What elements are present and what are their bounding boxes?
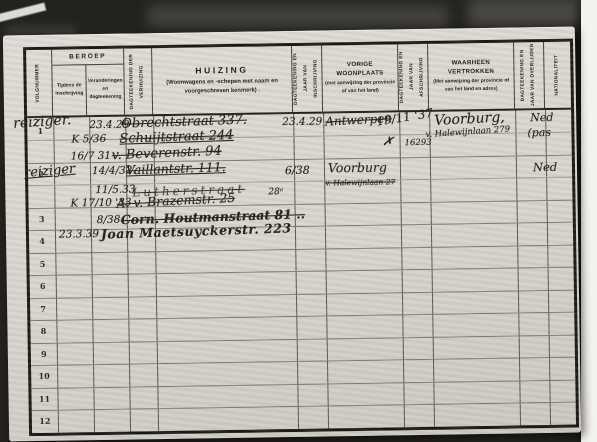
table-header: VOLGNUMMER BEROEP Tijdens de inschrijvin… <box>26 42 571 119</box>
row-number: 9 <box>36 349 52 359</box>
header-volgnummer: VOLGNUMMER <box>26 50 53 116</box>
row-number: 12 <box>37 416 53 426</box>
row-number: 4 <box>34 236 50 246</box>
row-number: 5 <box>34 259 50 269</box>
entry-row2-move3-address-correction: 28ᵃ <box>268 187 283 197</box>
entry-row1-inschrijving: 23.4.29 <box>282 116 322 129</box>
entry-row2-vorige-woonplaats: Voorburg <box>328 160 387 176</box>
header-inschrijving-label: DAGTEEKENING EN JAAR VAN INSCHRIJVING <box>292 46 323 112</box>
header-waarheen-sub: (Met aanwijzing der provincie of van het… <box>431 78 512 94</box>
entry-row2-nationaliteit: Ned <box>533 160 557 174</box>
grid-line <box>30 290 574 300</box>
grid-line <box>30 312 574 322</box>
entry-row1-move3-date: 16/7 31 <box>71 150 111 163</box>
grid-line <box>31 357 575 367</box>
header-afschrijving: DAGTEEKENING EN JAAR VAN AFSCHRIJVING <box>398 44 429 110</box>
header-vorige-woonplaats: VORIGE WOONPLAATS (met aanwijzing der pr… <box>322 44 399 111</box>
header-huizing-label: HUIZING <box>195 64 248 75</box>
entry-row2-inschrijving: 6/38 <box>285 164 310 177</box>
entry-row2-move4-date: 8/38 <box>97 214 121 226</box>
header-nationaliteit-label: NATIONALITEIT <box>552 54 563 95</box>
header-huizing: HUIZING (Woonwagens en -schepen met naam… <box>152 46 293 114</box>
photo-margin <box>581 0 597 442</box>
header-volgnummer-label: VOLGNUMMER <box>34 64 45 103</box>
header-overlijden: DAGTEEKENING EN JAAR VAN OVERLIJDEN <box>514 42 545 108</box>
header-afschrijving-label: DAGTEEKENING EN JAAR VAN AFSCHRIJVING <box>398 44 429 110</box>
entry-row2-move1-address: Vaillantstr. 111. <box>126 159 226 177</box>
photo-background: VOLGNUMMER BEROEP Tijdens de inschrijvin… <box>0 0 597 442</box>
entry-row1-waarheen-nummer: 16293 <box>405 138 432 148</box>
entry-row1-move2-date: K 5/36 <box>71 133 106 146</box>
entry-row1-beroep: reiziger. <box>13 112 72 132</box>
header-vorige-sub: (met aanwijzing der provincie of van het… <box>325 80 396 96</box>
header-huizing-sub: (Woonwagens en -schepen met naam en voor… <box>157 77 288 97</box>
header-beroep-sub2: Veranderingen en dagteekening <box>86 65 125 116</box>
entry-row2-move5-date: 23.3.39 <box>59 228 99 241</box>
row-number: 11 <box>36 394 52 404</box>
header-beroep-subcolumns: Tijdens de inschrijving Veranderingen en… <box>52 65 124 116</box>
header-verhuizing: DAGTEEKENING DER VERHUIZING <box>124 48 153 114</box>
header-beroep: BEROEP Tijdens de inschrijving Veranderi… <box>52 49 125 116</box>
row-number: 8 <box>35 326 51 336</box>
grid-line <box>30 267 574 277</box>
grid-line <box>29 245 573 255</box>
background-smudge <box>148 5 448 27</box>
background-smudge <box>468 0 588 26</box>
row-number: 7 <box>35 304 51 314</box>
header-inschrijving: DAGTEEKENING EN JAAR VAN INSCHRIJVING <box>292 46 323 112</box>
entry-row1-cross-mark: ✗ <box>382 134 395 150</box>
background-highlight <box>0 3 46 24</box>
header-verhuizing-label: DAGTEEKENING DER VERHUIZING <box>128 48 149 114</box>
entry-row1-nationaliteit: Ned <box>530 111 553 124</box>
header-beroep-sub1: Tijdens de inschrijving <box>52 65 86 116</box>
header-vorige-label: VORIGE WOONPLAATS <box>324 60 395 78</box>
header-nationaliteit: NATIONALITEIT <box>544 42 571 108</box>
row-number: 10 <box>36 371 52 381</box>
register-card: VOLGNUMMER BEROEP Tijdens de inschrijvin… <box>3 27 581 442</box>
header-waarheen-vertrokken: WAARHEEN VERTROKKEN (Met aanwijzing der … <box>428 42 515 109</box>
table-body: 1 2 3 4 5 6 7 8 9 10 11 12 reiziger. 23.… <box>27 110 576 434</box>
grid-line <box>31 380 575 390</box>
header-overlijden-label: DAGTEEKENING EN JAAR VAN OVERLIJDEN <box>518 42 539 108</box>
grid-line <box>32 402 576 412</box>
entry-row1-nationaliteit-note: (pas <box>527 126 551 139</box>
row-number: 3 <box>34 214 50 224</box>
grid-line <box>31 335 575 345</box>
register-table: VOLGNUMMER BEROEP Tijdens de inschrijvin… <box>23 39 579 437</box>
row-number: 6 <box>35 281 51 291</box>
header-waarheen-label: WAARHEEN VERTROKKEN <box>430 59 511 78</box>
entry-row2-beroep: reiziger <box>23 162 75 181</box>
entry-row2-vorige-adres: v. Halewijnlaan 27 <box>325 177 395 187</box>
header-beroep-label: BEROEP <box>52 49 123 66</box>
